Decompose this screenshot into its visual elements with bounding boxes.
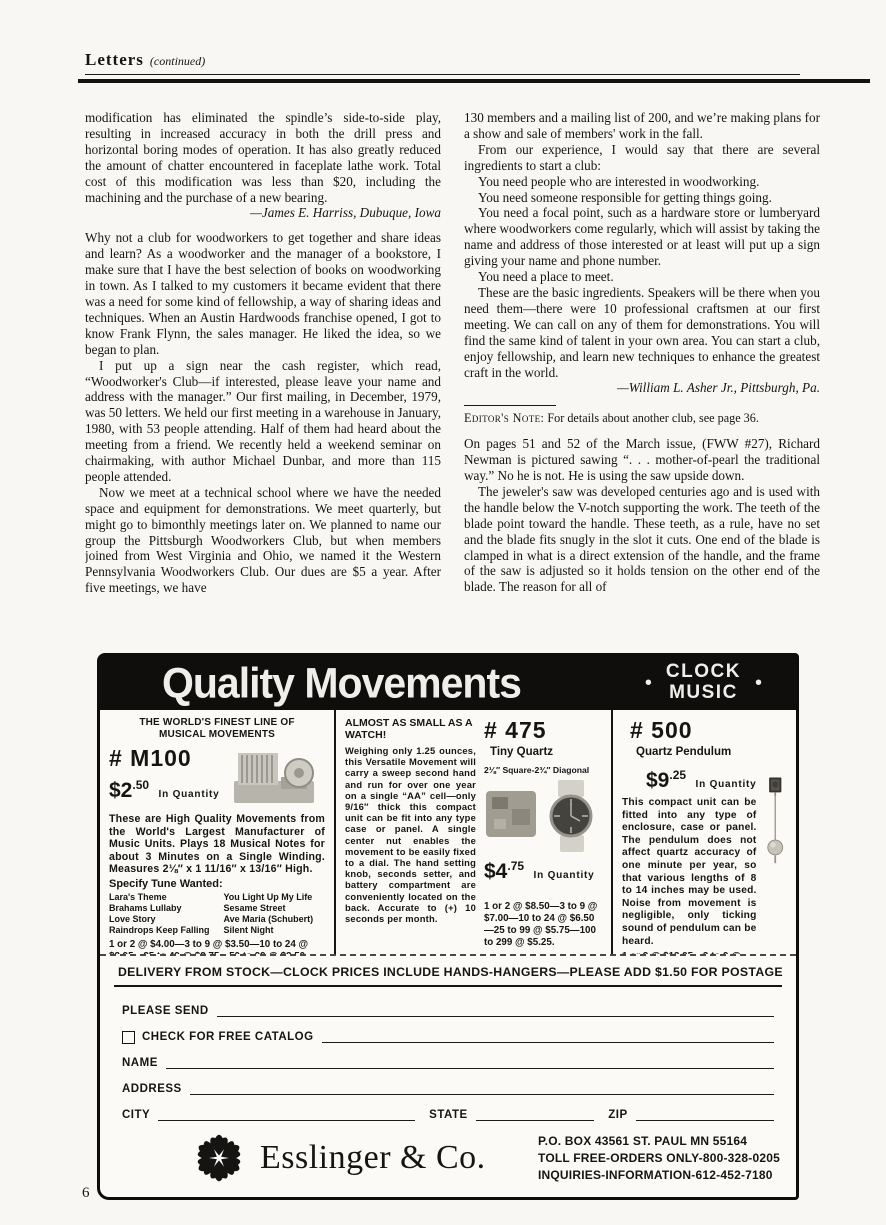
letter-paragraph: You need people who are interested in wo… (464, 174, 820, 190)
ad-title: Quality Movements (162, 659, 521, 708)
q475-product-block: # 475Tiny Quartz 2⅛″ Square-2¾″ Diagonal (484, 717, 602, 949)
letter-paragraph: On pages 51 and 52 of the March issue, (… (464, 436, 820, 484)
form-row-catalog: CHECK FOR FREE CATALOG (122, 1030, 774, 1043)
q500-price: $9.25 In Quantity (646, 768, 757, 793)
price-cents: .50 (132, 778, 149, 792)
tune-item: Love Story (109, 914, 223, 925)
zip-blank (636, 1108, 774, 1121)
price-qty-label: In Quantity (534, 870, 595, 881)
price-cents: .75 (507, 859, 524, 873)
product-m100-section: THE WORLD'S FINEST LINE OF MUSICAL MOVEM… (100, 710, 336, 954)
m100-header-row: # M100 $2.50 In Quantity (109, 745, 325, 809)
q475-quantity-prices: 1 or 2 @ $8.50—3 to 9 @ $7.00—10 to 24 @… (484, 898, 602, 949)
letter-paragraph: From our experience, I would say that th… (464, 142, 820, 174)
price-dollars: $4 (484, 860, 507, 883)
product-500-section: # 500Quartz Pendulum $9.25 In Quantity T… (613, 710, 796, 954)
q500-model-number: # 500 (630, 717, 693, 743)
price-dollars: $9 (646, 769, 669, 792)
letter-paragraph: These are the basic ingredients. Speaker… (464, 285, 820, 380)
tune-row: Raindrops Keep FallingSilent Night (109, 925, 325, 936)
letter-paragraph: 130 members and a mailing list of 200, a… (464, 110, 820, 142)
state-blank (476, 1108, 595, 1121)
editors-note-text: For details about another club, see page… (547, 411, 759, 425)
page-number: 6 (82, 1185, 90, 1202)
delivery-banner: DELIVERY FROM STOCK—CLOCK PRICES INCLUDE… (114, 956, 782, 987)
bullet-icon: • (755, 672, 762, 695)
q475-model-row: # 475Tiny Quartz (484, 717, 602, 762)
price-qty-label: In Quantity (159, 789, 220, 800)
letter-paragraph: I put up a sign near the cash register, … (85, 358, 441, 485)
contact-inquiries-phone: INQUIRIES-INFORMATION-612-452-7180 (538, 1167, 780, 1184)
clock-word: CLOCK (666, 662, 741, 683)
music-word: MUSIC (669, 683, 738, 704)
editors-note-rule (464, 405, 556, 406)
m100-quantity-prices: 1 or 2 @ $4.00—3 to 9 @ $3.50—10 to 24 @… (109, 936, 325, 954)
letter-paragraph: Now we meet at a technical school where … (85, 485, 441, 596)
tune-item: You Light Up My Life (223, 892, 312, 903)
music-box-image (229, 745, 325, 809)
state-label: STATE (429, 1109, 468, 1121)
q475-model-number: # 475 (484, 717, 547, 743)
form-row-city-state-zip: CITY STATE ZIP (122, 1108, 774, 1121)
m100-model-number: # M100 (109, 745, 229, 772)
letter-paragraph: You need a focal point, such as a hardwa… (464, 205, 820, 269)
price-dollars: $2 (109, 779, 132, 802)
q475-price: $4.75 In Quantity (484, 859, 602, 884)
form-row-name: NAME (122, 1056, 774, 1069)
m100-tagline: THE WORLD'S FINEST LINE OF MUSICAL MOVEM… (123, 717, 311, 741)
form-row-address: ADDRESS (122, 1082, 774, 1095)
header-rule-thick (78, 79, 870, 83)
letters-columns: modification has eliminated the spindle’… (85, 110, 820, 610)
clock-music-badge: • CLOCK MUSIC • (645, 662, 762, 703)
quartz-watch-image (484, 779, 602, 853)
name-blank (166, 1056, 774, 1069)
address-blank (190, 1082, 774, 1095)
tune-item: Brahams Lullaby (109, 903, 223, 914)
q475-dimensions: 2⅛″ Square-2¾″ Diagonal (484, 765, 602, 775)
zip-label: ZIP (608, 1109, 627, 1121)
clock-music-text: CLOCK MUSIC (666, 662, 741, 703)
catalog-checkbox (122, 1031, 135, 1044)
letter-paragraph: Why not a club for woodworkers to get to… (85, 230, 441, 357)
tune-item: Silent Night (223, 925, 273, 936)
please-send-blank (217, 1004, 774, 1017)
q500-description: This compact unit can be fitted into any… (622, 797, 757, 948)
header-rule-thin (85, 74, 800, 75)
tune-row: Brahams LullabySesame Street (109, 903, 325, 914)
contact-orders-phone: TOLL FREE-ORDERS ONLY-800-328-0205 (538, 1150, 780, 1167)
ad-body: THE WORLD'S FINEST LINE OF MUSICAL MOVEM… (100, 710, 796, 956)
order-form: PLEASE SEND CHECK FOR FREE CATALOG NAME … (100, 987, 796, 1121)
form-row-please-send: PLEASE SEND (122, 1004, 774, 1017)
price-cents: .25 (669, 768, 686, 782)
tune-item: Ave Maria (Schubert) (223, 914, 313, 925)
catalog-blank (322, 1030, 774, 1043)
page-header: Letters(continued) (85, 50, 820, 70)
letter-paragraph: You need a place to meet. (464, 269, 820, 285)
tune-row: Love StoryAve Maria (Schubert) (109, 914, 325, 925)
q475-description: Weighing only 1.25 ounces, this Versatil… (345, 745, 476, 924)
q475-model-name: Tiny Quartz (490, 746, 553, 759)
left-column: modification has eliminated the spindle’… (85, 110, 441, 610)
magazine-page: Letters(continued) modification has elim… (0, 0, 886, 1225)
m100-description: These are High Quality Movements from th… (109, 813, 325, 876)
editors-note: Editor's Note: For details about another… (464, 411, 820, 427)
q500-text-block: # 500Quartz Pendulum $9.25 In Quantity T… (622, 717, 757, 949)
address-label: ADDRESS (122, 1083, 182, 1095)
name-label: NAME (122, 1057, 158, 1069)
tune-list: Lara's ThemeYou Light Up My Life Brahams… (109, 892, 325, 936)
section-title: Letters (85, 50, 144, 69)
q500-quantity-prices: 1 or 2 @ $13.95—3 to 9 @ $12.75—10 to 24… (622, 948, 757, 954)
tune-item: Lara's Theme (109, 892, 223, 903)
city-blank (158, 1108, 415, 1121)
tune-item: Sesame Street (223, 903, 285, 914)
city-label: CITY (122, 1109, 150, 1121)
esslinger-advertisement: Quality Movements • CLOCK MUSIC • THE WO… (97, 653, 799, 1200)
contact-address: P.O. BOX 43561 ST. PAUL MN 55164 (538, 1133, 780, 1150)
m100-model-block: # M100 $2.50 In Quantity (109, 745, 229, 803)
product-475-section: ALMOST AS SMALL AS A WATCH! Weighing onl… (336, 710, 613, 954)
q500-model-name: Quartz Pendulum (636, 746, 731, 759)
editors-note-label: Editor's Note: (464, 411, 544, 425)
letter-signature: —William L. Asher Jr., Pittsburgh, Pa. (464, 380, 820, 396)
contact-info: P.O. BOX 43561 ST. PAUL MN 55164 TOLL FR… (538, 1133, 780, 1184)
price-qty-label: In Quantity (696, 779, 757, 790)
esslinger-logo-icon (188, 1127, 250, 1189)
tune-row: Lara's ThemeYou Light Up My Life (109, 892, 325, 903)
m100-price: $2.50 In Quantity (109, 778, 229, 803)
company-name: Esslinger & Co. (260, 1139, 486, 1177)
right-column: 130 members and a mailing list of 200, a… (464, 110, 820, 610)
q475-description-block: ALMOST AS SMALL AS A WATCH! Weighing onl… (345, 717, 476, 949)
please-send-label: PLEASE SEND (122, 1005, 209, 1017)
ad-title-band: Quality Movements • CLOCK MUSIC • (100, 656, 796, 710)
m100-specify-label: Specify Tune Wanted: (109, 878, 325, 890)
letter-paragraph: modification has eliminated the spindle’… (85, 110, 441, 205)
tune-item: Raindrops Keep Falling (109, 925, 223, 936)
q500-model-row: # 500Quartz Pendulum (630, 717, 757, 762)
catalog-label: CHECK FOR FREE CATALOG (142, 1031, 314, 1043)
bullet-icon: • (645, 672, 652, 695)
letter-signature: —James E. Harriss, Dubuque, Iowa (85, 205, 441, 221)
ad-footer: Esslinger & Co. P.O. BOX 43561 ST. PAUL … (100, 1121, 796, 1197)
letter-paragraph: The jeweler's saw was developed centurie… (464, 484, 820, 595)
q475-headline: ALMOST AS SMALL AS A WATCH! (345, 717, 476, 741)
section-continued-label: (continued) (150, 54, 205, 68)
letter-paragraph: You need someone responsible for getting… (464, 190, 820, 206)
pendulum-movement-image (763, 717, 787, 929)
